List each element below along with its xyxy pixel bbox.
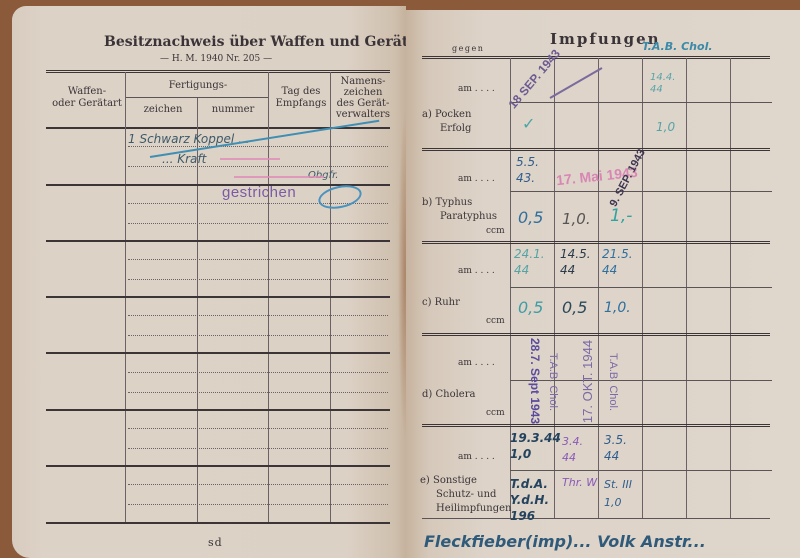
row-rule [46,522,390,524]
cell-value: 1,- [610,206,632,226]
am-label: am . . . . [458,452,495,462]
table-top-rule [46,70,390,73]
stamp-stroke [550,67,603,99]
section-e-label: e) Sonstige Schutz- und Heilimpfungen [420,474,511,516]
cell-rule [510,287,772,288]
col-divider [598,58,599,518]
cell-date: 24.1. 44 [514,246,550,278]
pink-strike-mark [220,158,280,160]
row-rule [46,465,390,467]
cell-rule [510,102,772,103]
dotted-line [128,259,388,260]
checkmark: ✓ [522,114,535,133]
header-tag-des-empfangs: Tag desEmpfangs [270,86,332,110]
cell-date: 14.4. 44 [650,72,680,96]
section-rule [422,333,770,336]
cell-value: 0,5 [562,298,587,317]
vertical-stamp: 17. OKT. 1944 [580,340,595,423]
section-d-label: d) Cholera [422,388,475,402]
dotted-line [128,166,388,167]
left-page-title: Besitznachweis über Waffen und Gerät: [104,34,406,50]
cell-rule [510,191,772,192]
dotted-line [128,448,388,449]
header-weapon-type: Waffen-oder Gerätart [50,86,124,110]
col-divider [730,58,731,518]
cell-value: St. III 1,0 [604,476,640,512]
header-nummer: nummer [198,104,268,116]
section-a-label: a) Pocken Erfolg [422,108,471,136]
right-page: Impfungen gegen T.A.B. Chol. am . . . . … [406,10,800,558]
dotted-line [128,223,388,224]
cell-date: 21.5. 44 [602,246,638,278]
cell-date: 5.5. 43. [516,154,552,186]
section-rule [422,148,770,151]
vertical-stamp: T.A.B. Chol. [607,353,619,411]
header-namenszeichen: Namens-zeichendes Gerät-verwalters [332,76,394,120]
top-annotation: T.A.B. Chol. [642,40,713,53]
dotted-line [128,335,388,336]
section-b-label: b) Typhus Paratyphus [422,196,497,224]
signature-scribble [316,182,364,213]
regulation-reference: — H. M. 1940 Nr. 205 — [160,54,272,64]
cell-value: 1,0 [656,120,675,134]
vertical-stamp: T.A.B. Chol. [547,353,559,411]
header-zeichen: zeichen [128,104,198,116]
col-divider [642,58,643,518]
cell-date: 3.5. 44 [604,432,640,464]
vertical-stamp: 28.7. Sept 1943 [528,338,542,424]
page-footer-code: sd [208,536,223,549]
dotted-line [128,428,388,429]
cell-value: 0,5 [518,208,543,227]
stamp-gestrichen: gestrichen [222,184,296,201]
row-rule [46,240,390,242]
gegen-label: gegen [452,44,484,53]
ccm-label: ccm [486,408,505,418]
row-rule [46,296,390,298]
cell-value: Thr. W [562,476,597,489]
cell-rule [510,470,772,471]
footer-handwriting: Fleckfieber(imp)... Volk Anstr... [424,532,706,551]
am-label: am . . . . [458,84,495,94]
section-rule [422,424,770,427]
dotted-line [128,315,388,316]
am-label: am . . . . [458,358,495,368]
ccm-label: ccm [486,316,505,326]
header-fertigungs: Fertigungs- [128,80,268,92]
section-rule [422,518,770,519]
ccm-label: ccm [486,226,505,236]
row-rule [46,409,390,411]
cell-value: T.d.A. Y.d.H. 196 [510,476,546,524]
cell-date: 3.4. 44 [562,434,598,466]
dotted-line [128,146,388,147]
col-divider [686,58,687,518]
dotted-line [128,279,388,280]
col-divider [554,58,555,518]
dotted-line [128,504,388,505]
left-page: Besitznachweis über Waffen und Gerät: — … [12,6,406,558]
am-label: am . . . . [458,174,495,184]
row-rule [46,352,390,354]
cell-date: 14.5. 44 [560,246,596,278]
pink-strike-mark [234,176,324,178]
dotted-line [128,372,388,373]
cell-value: 1,0. [562,210,591,228]
section-c-label: c) Ruhr [422,296,460,310]
cell-value: 0,5 [518,298,543,317]
cell-value: 1,0. [604,300,631,316]
section-rule [422,241,770,244]
cell-date: 19.3.44 1,0 [510,430,554,462]
am-label: am . . . . [458,266,495,276]
dotted-line [128,484,388,485]
dotted-line [128,392,388,393]
table-top-rule [422,56,770,59]
